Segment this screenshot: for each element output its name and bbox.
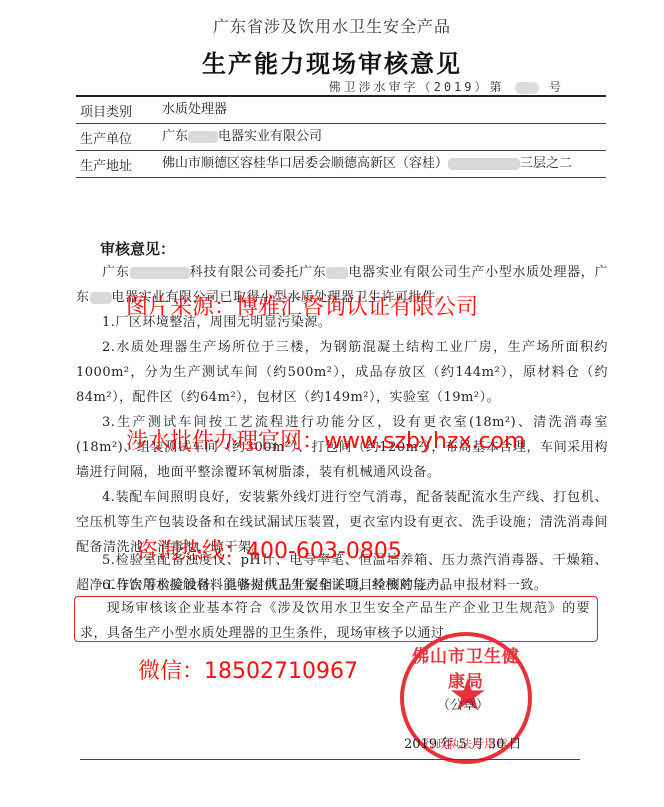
table-row-category: 项目类别 水质处理器 — [76, 97, 606, 124]
row-value: 佛山市顺德区容桂华口居委会顺德高新区（容桂）三层之二 — [162, 151, 606, 177]
value-prefix: 佛山市顺德区容桂华口居委会顺德高新区（容桂） — [162, 156, 448, 171]
item-text: 2.水质处理器生产场所位于三楼，为钢筋混凝土结构工业厂房，生产场所面积约1000… — [76, 340, 608, 405]
signing-date: 2019 年 5 月 30 日 — [404, 733, 522, 752]
redacted-text — [130, 267, 190, 279]
row-value: 水质处理器 — [162, 97, 606, 123]
intro-text: 广东 — [102, 265, 130, 280]
redacted-text — [326, 267, 348, 279]
conclusion-text: 现场审核该企业基本符合《涉及饮用水卫生安全产品生产企业卫生规范》的要求，具备生产… — [80, 601, 590, 641]
document-subtitle: 广东省涉及饮用水卫生安全产品 — [0, 14, 664, 37]
row-label: 生产地址 — [76, 151, 162, 177]
redacted-number — [515, 82, 539, 94]
watermark-source: 图片来源：博雅汇咨询认证有限公司 — [126, 290, 478, 321]
table-row-manufacturer: 生产单位 广东电器实业有限公司 — [76, 124, 606, 151]
opinion-item-2: 2.水质处理器生产场所位于三楼，为钢筋混凝土结构工业厂房，生产场所面积约1000… — [76, 335, 608, 410]
document-title: 生产能力现场审核意见 — [0, 44, 664, 79]
value-prefix: 广东 — [162, 129, 188, 144]
redacted-text — [448, 158, 520, 170]
opinion-item-6: 6.与饮用水接触材料能够提供卫生安全证明，经核对与产品申报材料一致。 — [76, 573, 608, 598]
redacted-text — [90, 292, 112, 304]
redacted-text — [188, 131, 218, 143]
row-label: 项目类别 — [76, 97, 162, 123]
watermark-website: 涉水批件办理官网：www.szbyhzx.com — [126, 424, 525, 455]
opinion-conclusion: 现场审核该企业基本符合《涉及饮用水卫生安全产品生产企业卫生规范》的要求，具备生产… — [80, 596, 590, 646]
info-table: 项目类别 水质处理器 生产单位 广东电器实业有限公司 生产地址 佛山市顺德区容桂… — [76, 97, 606, 178]
intro-text: 科技有限公司委托广东 — [190, 265, 327, 280]
watermark-hotline: 咨询热线：400-603-0805 — [136, 534, 402, 565]
doc-no-suffix: 号 — [549, 80, 564, 94]
opinion-heading: 审核意见： — [100, 238, 175, 259]
stamp-label: （公章） — [437, 694, 489, 713]
row-label: 生产单位 — [76, 124, 162, 150]
value-suffix: 三层之二 — [520, 156, 572, 171]
document-number: 佛卫涉水审字（2019）第 号 — [329, 78, 564, 95]
item-text: 6.与饮用水接触材料能够提供卫生安全证明，经核对与产品申报材料一致。 — [102, 578, 547, 593]
doc-no-prefix: 佛卫涉水审字（2019）第 — [329, 80, 505, 94]
footer-divider — [80, 759, 580, 760]
watermark-wechat: 微信：18502710967 — [138, 654, 358, 685]
row-value: 广东电器实业有限公司 — [162, 124, 606, 150]
value-suffix: 电器实业有限公司 — [218, 129, 322, 144]
table-row-address: 生产地址 佛山市顺德区容桂华口居委会顺德高新区（容桂）三层之二 — [76, 151, 606, 178]
